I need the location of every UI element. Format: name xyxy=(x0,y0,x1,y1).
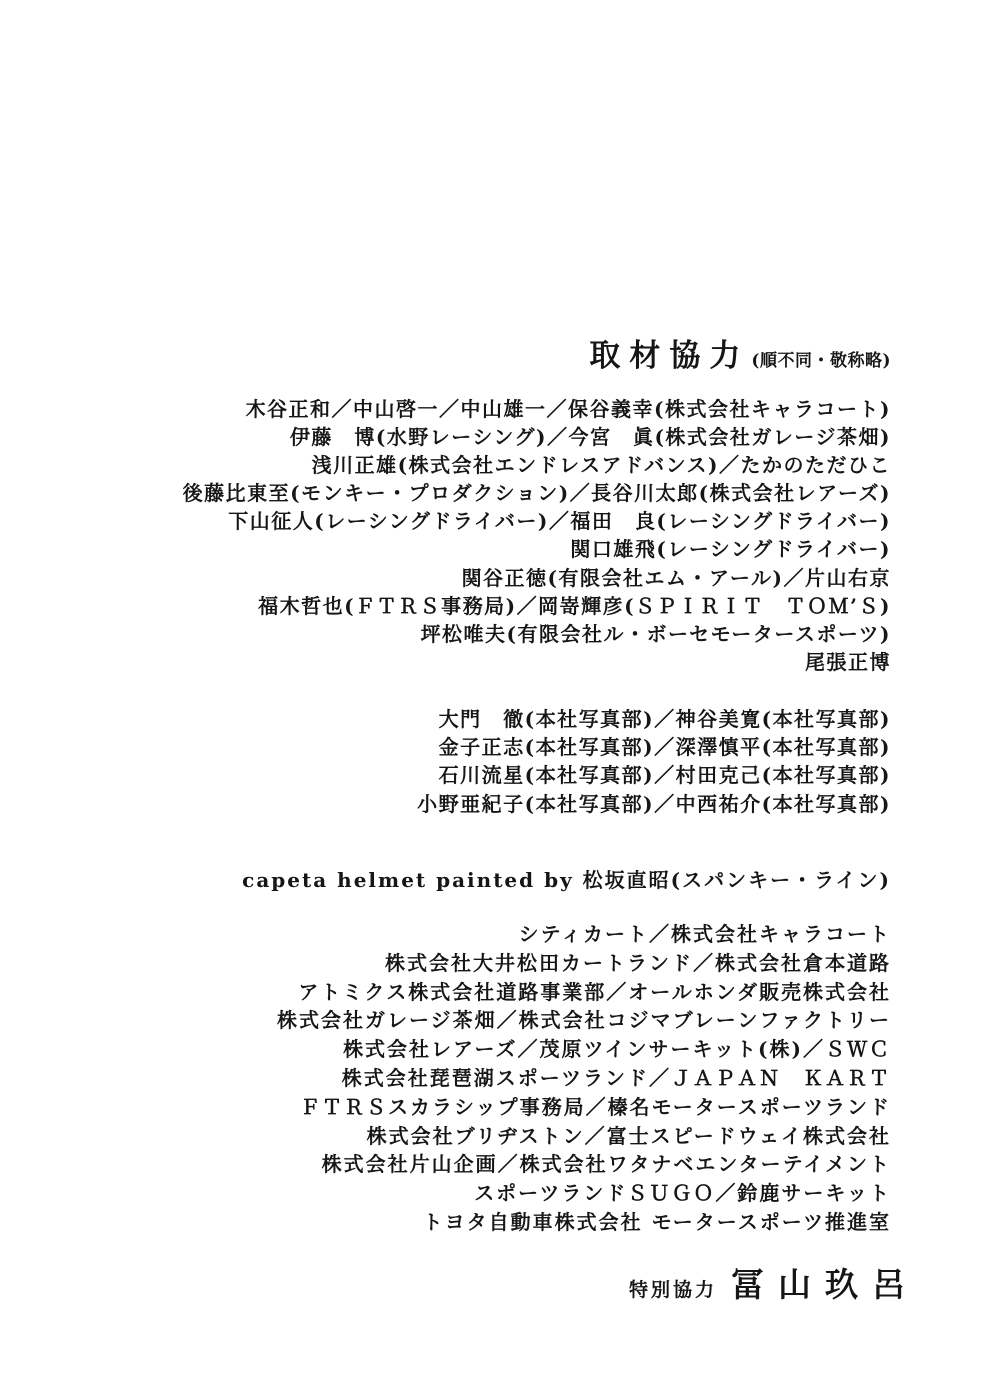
company-credit-line: 株式会社レアーズ／茂原ツインサーキット(株)／ＳＷＣ xyxy=(0,1035,891,1064)
people-credit-line: 関谷正徳(有限会社エム・アール)／片山右京 xyxy=(0,564,891,592)
special-credit: 特別協力冨山玖呂 xyxy=(0,1262,905,1314)
people-credit-line: 尾張正博 xyxy=(0,648,891,676)
company-credit-line: 株式会社大井松田カートランド／株式会社倉本道路 xyxy=(0,949,891,978)
people-credit-line: 関口雄飛(レーシングドライバー) xyxy=(0,535,891,563)
company-credit-line: 株式会社琵琶湖スポーツランド／ＪＡＰＡＮ ＫＡＲＴ xyxy=(0,1064,891,1093)
photo-credits-list: 大門 徹(本社写真部)／神谷美寛(本社写真部)金子正志(本社写真部)／深澤慎平(… xyxy=(0,705,891,818)
photo-credit-line: 大門 徹(本社写真部)／神谷美寛(本社写真部) xyxy=(0,705,891,733)
page-title: 取材協力(順不同・敬称略) xyxy=(0,334,891,383)
credits-page: 取材協力(順不同・敬称略) 木谷正和／中山啓一／中山雄一／保谷義幸(株式会社キャ… xyxy=(0,0,983,1400)
company-credits-list: シティカート／株式会社キャラコート株式会社大井松田カートランド／株式会社倉本道路… xyxy=(0,920,891,1237)
helmet-credit-line: capeta helmet painted by 松坂直昭(スパンキー・ライン) xyxy=(0,866,891,894)
people-credit-line: 浅川正雄(株式会社エンドレスアドバンス)／たかのただひこ xyxy=(0,451,891,479)
people-credit-line: 下山征人(レーシングドライバー)／福田 良(レーシングドライバー) xyxy=(0,507,891,535)
special-credit-label: 特別協力 xyxy=(629,1279,717,1301)
people-credits-list: 木谷正和／中山啓一／中山雄一／保谷義幸(株式会社キャラコート)伊藤 博(水野レー… xyxy=(0,395,891,676)
people-credit-line: 福木哲也(ＦＴＲＳ事務局)／岡嵜輝彦(ＳＰＩＲＩＴ ＴＯＭ’Ｓ) xyxy=(0,592,891,620)
company-credit-line: アトミクス株式会社道路事業部／オールホンダ販売株式会社 xyxy=(0,978,891,1007)
company-credit-line: 株式会社ガレージ茶畑／株式会社コジマブレーンファクトリー xyxy=(0,1006,891,1035)
people-credit-line: 後藤比東至(モンキー・プロダクション)／長谷川太郎(株式会社レアーズ) xyxy=(0,479,891,507)
people-credit-line: 木谷正和／中山啓一／中山雄一／保谷義幸(株式会社キャラコート) xyxy=(0,395,891,423)
company-credit-line: スポーツランドＳＵＧＯ／鈴鹿サーキット xyxy=(0,1179,891,1208)
helmet-credit-text: capeta helmet painted by 松坂直昭(スパンキー・ライン) xyxy=(242,868,891,892)
company-credit-line: トヨタ自動車株式会社 モータースポーツ推進室 xyxy=(0,1208,891,1237)
page-title-main: 取材協力 xyxy=(589,338,749,374)
people-credit-line: 坪松唯夫(有限会社ル・ボーセモータースポーツ) xyxy=(0,620,891,648)
people-credit-line: 伊藤 博(水野レーシング)／今宮 眞(株式会社ガレージ茶畑) xyxy=(0,423,891,451)
company-credit-line: 株式会社ブリヂストン／富士スピードウェイ株式会社 xyxy=(0,1122,891,1151)
photo-credit-line: 石川流星(本社写真部)／村田克己(本社写真部) xyxy=(0,761,891,789)
company-credit-line: シティカート／株式会社キャラコート xyxy=(0,920,891,949)
special-credit-name: 冨山玖呂 xyxy=(731,1265,919,1304)
company-credit-line: ＦＴＲＳスカラシップ事務局／榛名モータースポーツランド xyxy=(0,1093,891,1122)
page-title-note: (順不同・敬称略) xyxy=(751,351,891,371)
photo-credit-line: 金子正志(本社写真部)／深澤慎平(本社写真部) xyxy=(0,733,891,761)
photo-credit-line: 小野亜紀子(本社写真部)／中西祐介(本社写真部) xyxy=(0,790,891,818)
company-credit-line: 株式会社片山企画／株式会社ワタナベエンターテイメント xyxy=(0,1150,891,1179)
